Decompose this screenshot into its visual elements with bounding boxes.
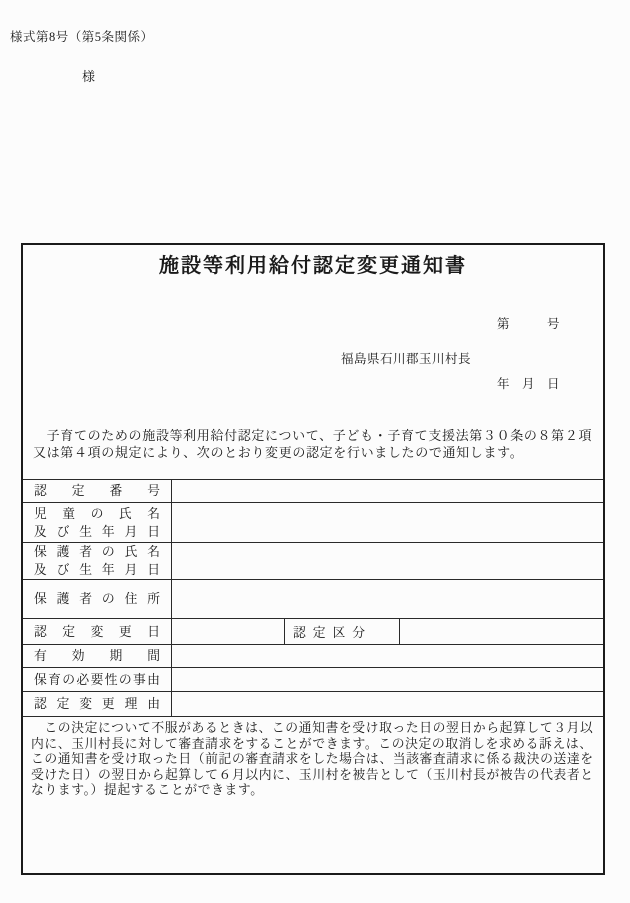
notice-body-paragraph: 子育てのための施設等利用給付認定について、子ども・子育て支援法第３０条の８第２項… — [33, 427, 599, 461]
table-row-certification-number: 認定番号 — [23, 479, 603, 502]
row-label-line1: 児童の氏名 — [34, 505, 160, 523]
row-value-cell — [172, 480, 603, 502]
row-label: 認定変更理由 — [34, 695, 160, 713]
form-number-label: 様式第8号（第5条関係） — [10, 27, 154, 45]
row-label: 有効期間 — [34, 647, 160, 665]
addressee-suffix: 様 — [82, 66, 95, 85]
row-label-cell: 保護者の住所 — [23, 580, 172, 618]
doc-number-date-block: 第 号 年 月 日 — [497, 274, 560, 434]
row-label-line1: 保護者の氏名 — [34, 543, 160, 561]
row-label-cell: 認定変更理由 — [23, 692, 172, 716]
row-value-cell — [172, 692, 603, 716]
row-value-cell-change-date — [172, 619, 285, 644]
doc-number-line: 第 号 — [497, 314, 560, 334]
table-row-childcare-necessity-reason: 保育の必要性の事由 — [23, 667, 603, 691]
table-row-child-name-birthdate: 児童の氏名 及び生年月日 — [23, 502, 603, 542]
table-row-change-date-category: 認定変更日 認定区分 — [23, 618, 603, 644]
row-value-cell — [172, 503, 603, 542]
row-label: 保育の必要性の事由 — [34, 671, 160, 689]
row-label-cell: 認定変更日 — [23, 619, 172, 644]
row-label-line2: 及び生年月日 — [34, 561, 160, 579]
table-row-guardian-name-birthdate: 保護者の氏名 及び生年月日 — [23, 542, 603, 579]
issuer-name: 福島県石川郡玉川村長 — [341, 349, 471, 367]
row-label: 認定番号 — [34, 482, 160, 500]
row-label-cell-category: 認定区分 — [285, 619, 400, 644]
issue-date-line: 年 月 日 — [497, 374, 560, 394]
row-label: 認定変更日 — [34, 623, 160, 641]
certification-table: 認定番号 児童の氏名 及び生年月日 保護者の氏名 及び生年月日 — [23, 479, 603, 717]
row-value-cell — [172, 580, 603, 618]
row-value-cell — [172, 543, 603, 579]
row-label-cell: 認定番号 — [23, 480, 172, 502]
table-row-guardian-address: 保護者の住所 — [23, 579, 603, 618]
row-label-cell: 保護者の氏名 及び生年月日 — [23, 543, 172, 579]
row-label: 保護者の住所 — [34, 590, 160, 608]
document-page: 様式第8号（第5条関係） 様 施設等利用給付認定変更通知書 第 号 年 月 日 … — [0, 0, 630, 903]
table-row-valid-period: 有効期間 — [23, 644, 603, 667]
row-label-cell: 児童の氏名 及び生年月日 — [23, 503, 172, 542]
row-value-cell — [172, 645, 603, 667]
appeal-instructions-paragraph: この決定について不服があるときは、この通知書を受け取った日の翌日から起算して３月… — [31, 721, 599, 799]
row-value-cell-category — [400, 619, 603, 644]
row-label-category: 認定区分 — [293, 622, 365, 641]
row-label-cell: 有効期間 — [23, 645, 172, 667]
notice-box: 施設等利用給付認定変更通知書 第 号 年 月 日 福島県石川郡玉川村長 子育ての… — [21, 243, 605, 875]
row-label-line2: 及び生年月日 — [34, 523, 160, 541]
row-label-cell: 保育の必要性の事由 — [23, 668, 172, 691]
table-row-change-reason: 認定変更理由 — [23, 691, 603, 716]
row-value-cell — [172, 668, 603, 691]
